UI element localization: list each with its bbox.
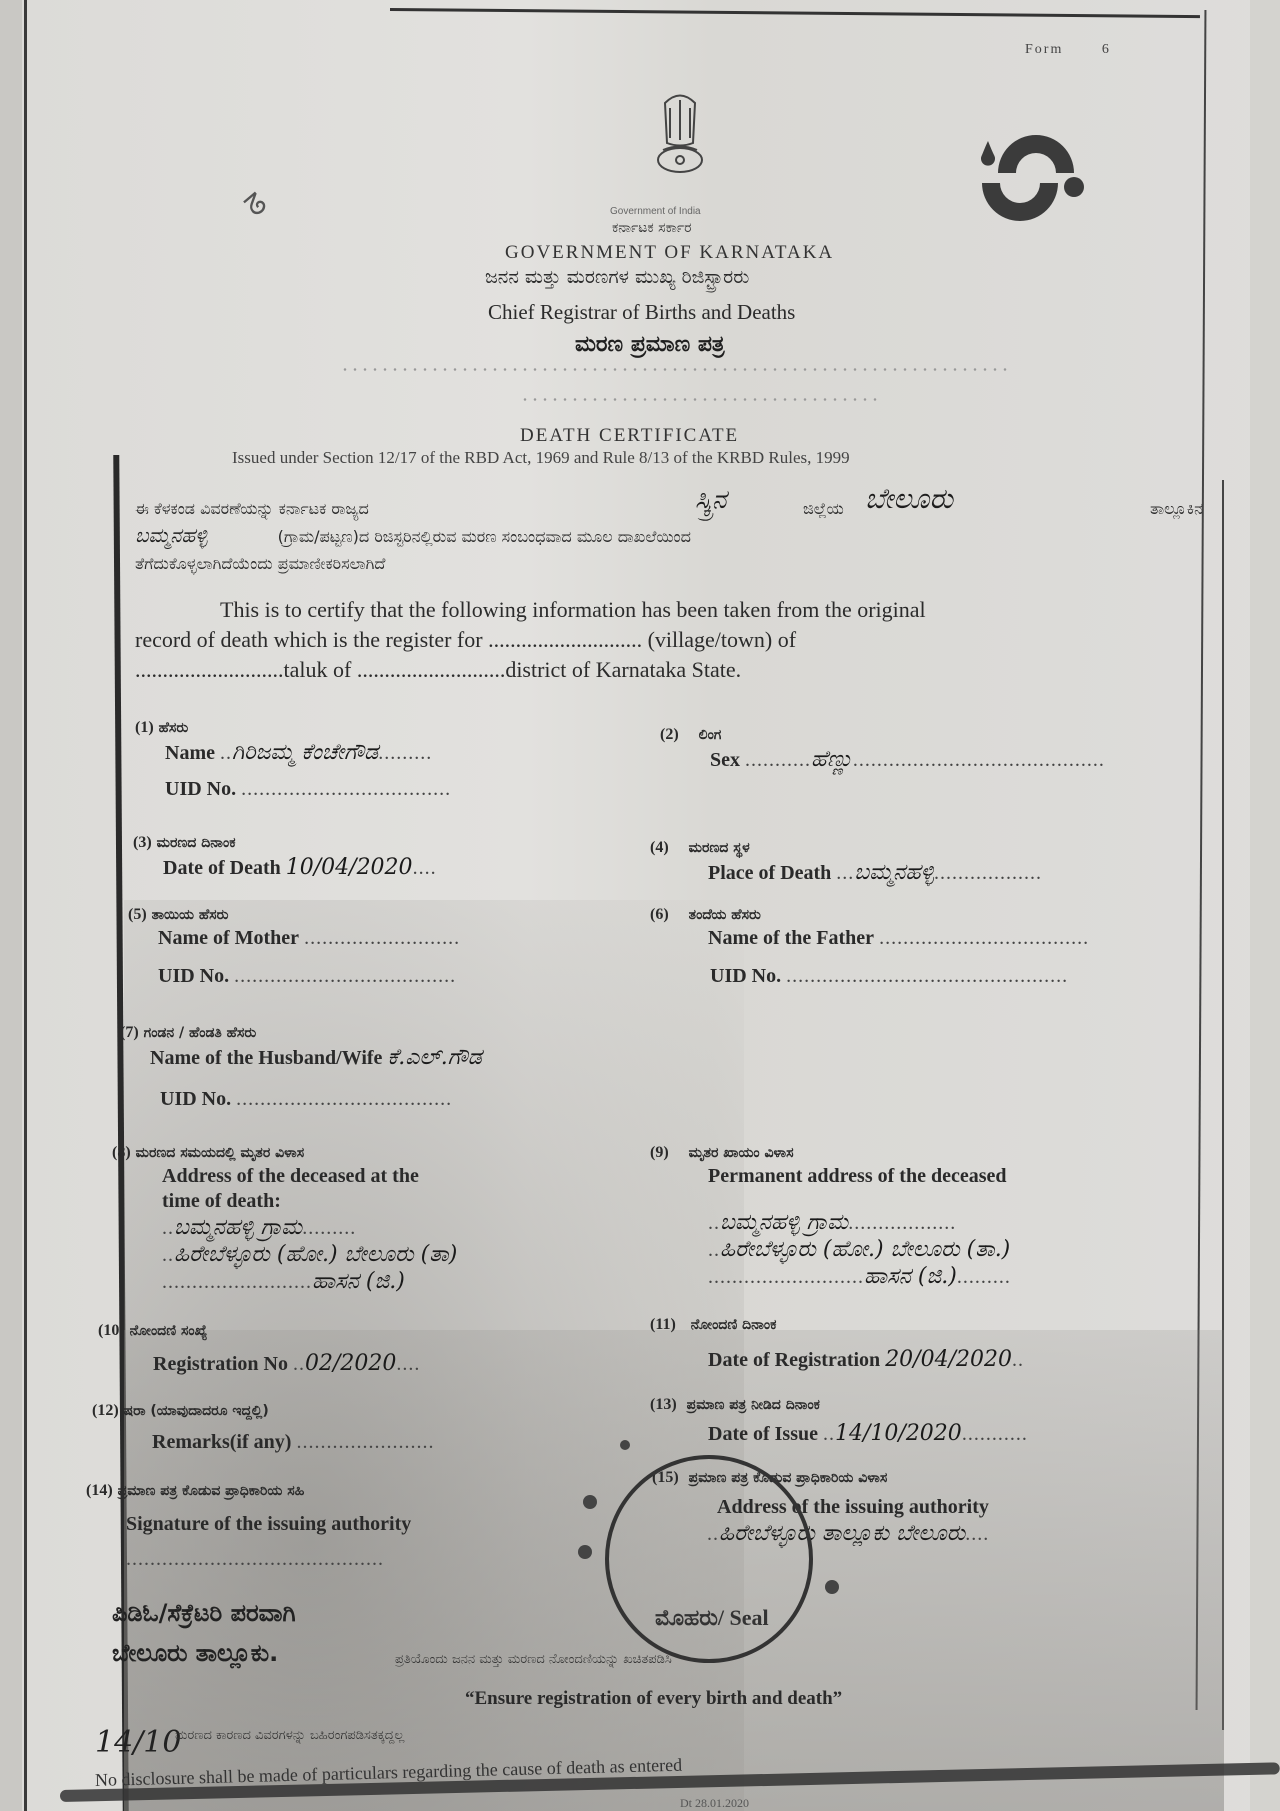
form-label: Form (1025, 42, 1063, 57)
kn-text: ಈ ಕೆಳಕಂಡ ವಿವರಣೆಯನ್ನು ಕರ್ನಾಟಕ ರಾಜ್ಯದ (135, 499, 369, 518)
field-label: time of death: (162, 1190, 281, 1212)
deceased-name-value: ಗಿರಿಜಮ್ಮ ಕೆಂಚೇಗೌಡ (232, 740, 378, 765)
field-kn-label: ಮರಣದ ದಿನಾಂಕ (157, 835, 236, 851)
field-spouse-uid: UID No. ................................… (160, 1088, 452, 1111)
signatory-stamp: ಪಿಡಿಓ/ಸೆಕ್ರೆಟರಿ ಪರವಾಗಿ ಬೇಲೂರು ತಾಲ್ಲೂಕು. (112, 1593, 296, 1673)
registration-logo-icon (970, 125, 1100, 225)
issue-date-value: 14/10/2020 (835, 1421, 962, 1446)
field-number: (12) (92, 1402, 119, 1419)
address-line: ಬಮ್ಮನಹಳ್ಳಿ ಗ್ರಾಮ (174, 1215, 302, 1240)
registration-no-value: 02/2020 (305, 1351, 396, 1376)
field-father-uid: UID No. ................................… (710, 965, 1068, 988)
field-kn-label: ಲಿಂಗ (699, 727, 722, 743)
field-kn-label: ತಂದೆಯ ಹೆಸರು (689, 907, 761, 923)
field-label: UID No. (710, 965, 781, 987)
seal-label: ಮೊಹರು/ Seal (655, 1605, 769, 1631)
field-number: (4) (650, 839, 669, 856)
field-signature: (14) ಪ್ರಮಾಣ ಪತ್ರ ಕೊಡುವ ಪ್ರಾಧಿಕಾರಿಯ ಸಹಿ S… (86, 1478, 411, 1571)
faded-text-line (340, 368, 1010, 371)
field-label: Address of the deceased at the (162, 1165, 419, 1187)
field-number: (6) (650, 906, 669, 923)
field-number: (1) (135, 719, 154, 736)
field-uid: UID No. ................................… (165, 778, 451, 801)
field-label: Name of Mother (158, 927, 299, 949)
certificate-title: DEATH CERTIFICATE (520, 425, 739, 447)
kn-certify-paragraph: ಈ ಕೆಳಕಂಡ ವಿವರಣೆಯನ್ನು ಕರ್ನಾಟಕ ರಾಜ್ಯದ ಜಿಲ್… (135, 495, 1225, 577)
form-number-value: 6 (1102, 42, 1111, 57)
field-kn-label: ಹೆಸರು (159, 720, 189, 736)
stamp-dot (825, 1580, 839, 1594)
registration-motto: “Ensure registration of every birth and … (465, 1688, 842, 1710)
address-line: ಬಮ್ಮನಹಳ್ಳಿ ಗ್ರಾಮ (720, 1210, 848, 1235)
field-label: Permanent address of the deceased (708, 1165, 1006, 1187)
field-date-of-death: (3) ಮರಣದ ದಿನಾಂಕ Date of Death 10/04/2020… (133, 830, 437, 880)
bottom-code: Dt 28.01.2020 (680, 1796, 749, 1811)
national-emblem-icon (645, 88, 715, 198)
field-label: Date of Registration (708, 1349, 880, 1371)
field-kn-label: ಪ್ರಮಾಣ ಪತ್ರ ನೀಡಿದ ದಿನಾಂಕ (687, 1397, 820, 1413)
field-label: Name of the Father (708, 927, 874, 949)
sex-value: ಹೆಣ್ಣು (811, 747, 853, 772)
field-sex: (2) ಲಿಂಗ Sex ...........ಹೆಣ್ಣು..........… (660, 722, 1105, 772)
field-kn-label: ಮರಣದ ಸ್ಥಳ (689, 840, 750, 856)
field-kn-label: ನೋಂದಣಿ ದಿನಾಂಕ (691, 1317, 777, 1333)
field-date-of-issue: (13) ಪ್ರಮಾಣ ಪತ್ರ ನೀಡಿದ ದಿನಾಂಕ Date of Is… (650, 1392, 1028, 1446)
page-edge-line (24, 0, 27, 1811)
kn-government-label: ಕರ್ನಾಟಕ ಸರ್ಕಾರ (612, 220, 692, 236)
field-remarks: (12) ಷರಾ (ಯಾವುದಾದರೂ ಇದ್ದಲ್ಲಿ) Remarks(if… (92, 1398, 434, 1454)
field-number: (14) (86, 1482, 113, 1499)
field-kn-label: ಷರಾ (ಯಾವುದಾದರೂ ಇದ್ದಲ್ಲಿ) (124, 1403, 269, 1419)
address-line: ಹಾಸನ (ಜಿ.) (864, 1264, 957, 1289)
stamp-dot (620, 1440, 630, 1450)
stamp-dot (583, 1495, 597, 1509)
field-address-at-death: (8) ಮರಣದ ಸಮಯದಲ್ಲಿ ಮೃತರ ವಿಳಾಸ Address of … (112, 1140, 592, 1294)
chief-registrar-title: Chief Registrar of Births and Deaths (488, 300, 795, 325)
field-label: Sex (710, 749, 740, 771)
field-number: (3) (133, 834, 152, 851)
kn-text: ತೆಗೆದುಕೊಳ್ಳಲಾಗಿದೆಯೆಂದು ಪ್ರಮಾಣೀಕರಿಸಲಾಗಿದೆ (135, 550, 1225, 577)
field-label: Name of the Husband/Wife (150, 1047, 382, 1069)
field-label: Name (165, 742, 215, 764)
field-label: Remarks(if any) (152, 1431, 291, 1453)
kn-text: ತಾಲ್ಲೂಕಿನ (1150, 495, 1203, 522)
field-label: Date of Death (163, 857, 281, 879)
field-registration-no: (10) ನೋಂದಣಿ ಸಂಖ್ಯೆ Registration No ..02/… (98, 1318, 420, 1376)
certify-line: ...........................taluk of ....… (135, 655, 1225, 685)
field-number: (10) (98, 1322, 125, 1339)
field-label: Signature of the issuing authority (126, 1513, 411, 1535)
field-kn-label: ಗಂಡನ / ಹೆಂಡತಿ ಹೆಸರು (144, 1025, 257, 1041)
place-of-death-value: ಬಮ್ಮನಹಳ್ಳಿ (854, 860, 934, 885)
field-number: (2) (660, 726, 679, 743)
kn-chief-registrar: ಜನನ ಮತ್ತು ಮರಣಗಳ ಮುಖ್ಯ ರಿಜಿಸ್ಟ್ರಾರರು (485, 266, 749, 288)
field-kn-label: ಪ್ರಮಾಣ ಪತ್ರ ಕೊಡುವ ಪ್ರಾಧಿಕಾರಿಯ ಸಹಿ (118, 1483, 305, 1499)
kn-disclosure: ಮರಣದ ಕಾರಣದ ವಿವರಗಳನ್ನು ಬಹಿರಂಗಪಡಿಸತಕ್ಕದ್ದಲ… (175, 1728, 404, 1743)
address-line: ಹಿರೇಬೆಳ್ಳೂರು (ಹೋ.) ಬೇಲೂರು (ತಾ.) (720, 1237, 1010, 1262)
field-label: UID No. (158, 965, 229, 987)
issued-under-text: Issued under Section 12/17 of the RBD Ac… (232, 448, 850, 468)
registration-date-value: 20/04/2020 (885, 1347, 1012, 1372)
spouse-name-value: ಕೆ.ಎಲ್.ಗೌಡ (387, 1045, 481, 1070)
signatory-line: ಪಿಡಿಓ/ಸೆಕ್ರೆಟರಿ ಪರವಾಗಿ (112, 1593, 296, 1633)
official-seal-stamp (605, 1455, 813, 1663)
page-right-edge (1250, 0, 1280, 1811)
field-kn-label: ನೋಂದಣಿ ಸಂಖ್ಯೆ (130, 1323, 208, 1339)
field-number: (11) (650, 1316, 676, 1333)
field-number: (9) (650, 1144, 669, 1161)
handwritten-signature: 14/10 (95, 1725, 181, 1760)
taluk-handwritten: ಬೇಲೂರು (865, 485, 953, 512)
field-name: (1) ಹೆಸರು Name ..ಗಿರಿಜಮ್ಮ ಕೆಂಚೇಗೌಡ......… (135, 715, 432, 765)
field-number: (5) (128, 906, 147, 923)
stamp-dot (578, 1545, 592, 1559)
en-certify-paragraph: This is to certify that the following in… (135, 595, 1225, 685)
certify-line: This is to certify that the following in… (135, 595, 1225, 625)
kn-text: (ಗ್ರಾಮ/ಪಟ್ಟಣ)ದ ರಿಜಿಸ್ಟರಿನಲ್ಲಿರುವ ಮರಣ ಸಂಬ… (278, 527, 691, 546)
field-date-of-registration: (11) ನೋಂದಣಿ ದಿನಾಂಕ Date of Registration … (650, 1312, 1024, 1372)
field-number: (13) (650, 1396, 677, 1413)
field-number: (8) (112, 1144, 131, 1161)
signatory-line: ಬೇಲೂರು ತಾಲ್ಲೂಕು. (112, 1633, 296, 1673)
form-number: Form 6 (1025, 42, 1111, 58)
field-kn-label: ಮೃತರ ಖಾಯಂ ವಿಳಾಸ (689, 1145, 794, 1161)
field-spouse: (7) ಗಂಡನ / ಹೆಂಡತಿ ಹೆಸರು Name of the Husb… (120, 1020, 482, 1070)
address-line: ಹಿರೇಬೆಳ್ಳೂರು (ಹೋ.) ಬೇಲೂರು (ತಾ) (174, 1242, 457, 1267)
kn-certificate-title: ಮರಣ ಪ್ರಮಾಣ ಪತ್ರ (575, 332, 725, 357)
field-mother-uid: UID No. ................................… (158, 965, 456, 988)
village-handwritten: ಬಮ್ಮನಹಳ್ಳಿ (135, 523, 207, 547)
address-line: ಹಾಸನ (ಜಿ.) (312, 1269, 405, 1294)
field-place-of-death: (4) ಮರಣದ ಸ್ಥಳ Place of Death ...ಬಮ್ಮನಹಳ್… (650, 835, 1042, 885)
field-label: UID No. (165, 778, 236, 800)
field-permanent-address: (9) ಮೃತರ ಖಾಯಂ ವಿಳಾಸ Permanent address of… (650, 1140, 1210, 1289)
kn-motto: ಪ್ರತಿಯೊಂದು ಜನನ ಮತ್ತು ಮರಣದ ನೋಂದಣಿಯನ್ನು ಖಚ… (395, 1652, 672, 1667)
field-mother: (5) ತಾಯಿಯ ಹೆಸರು Name of Mother .........… (128, 902, 460, 950)
gov-india-label: Government of India (610, 206, 701, 217)
district-handwritten: ಸ್ಕ್ರಿನ (695, 487, 727, 514)
field-label: UID No. (160, 1088, 231, 1110)
field-kn-label: ಮರಣದ ಸಮಯದಲ್ಲಿ ಮೃತರ ವಿಳಾಸ (136, 1145, 304, 1161)
certify-line: record of death which is the register fo… (135, 625, 1225, 655)
field-label: Place of Death (708, 862, 831, 884)
government-title: GOVERNMENT OF KARNATAKA (505, 242, 834, 264)
field-father: (6) ತಂದೆಯ ಹೆಸರು Name of the Father .....… (650, 902, 1089, 950)
faded-text-line (520, 398, 880, 401)
field-label: Date of Issue (708, 1423, 818, 1445)
field-label: Registration No (153, 1353, 288, 1375)
kn-text: ಜಿಲ್ಲೆಯ (803, 495, 844, 522)
date-of-death-value: 10/04/2020 (286, 855, 413, 880)
field-number: (7) (120, 1024, 139, 1041)
field-kn-label: ತಾಯಿಯ ಹೆಸರು (152, 907, 229, 923)
